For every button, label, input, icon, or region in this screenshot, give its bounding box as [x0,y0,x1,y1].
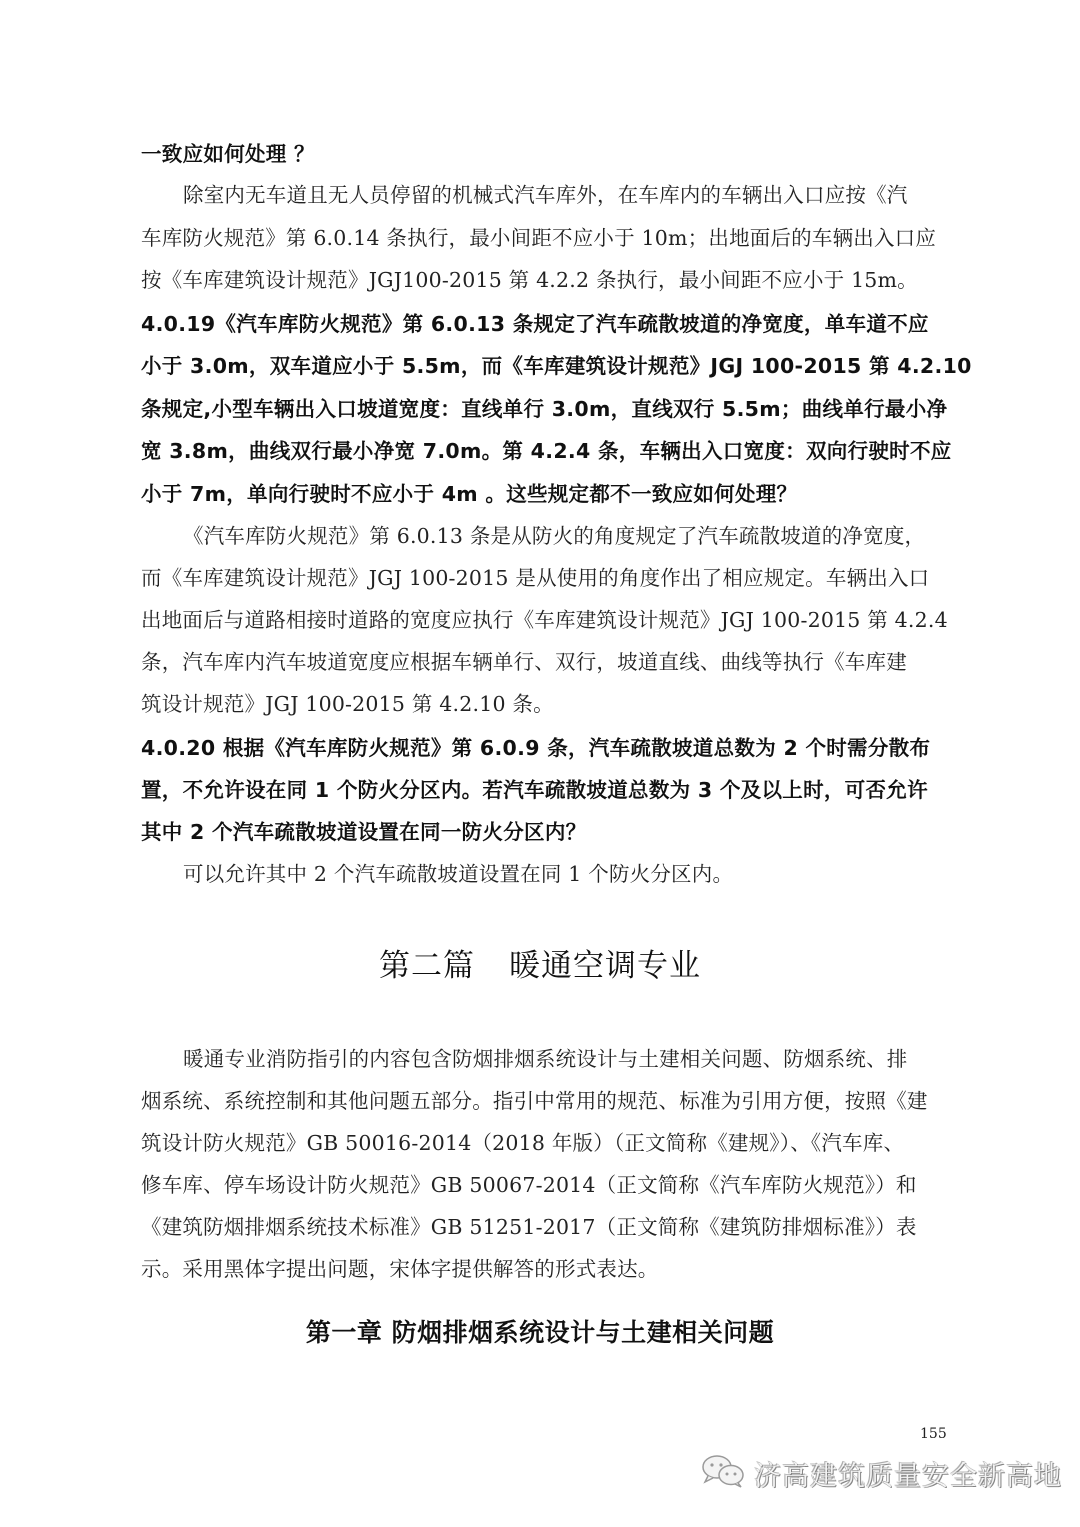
watermark-text: 济高建筑质量安全新高地 [754,1454,1062,1493]
intro-line: 筑设计防火规范》GB 50016-2014（2018 年版）（正文简称《建规》）… [141,1129,941,1157]
answer-line: 出地面后与道路相接时道路的宽度应执行《车库建筑设计规范》JGJ 100-2015… [141,606,941,634]
question-line: 小于 3.0m，双车道应小于 5.5m，而《车库建筑设计规范》JGJ 100-2… [141,352,941,380]
answer-line: 而《车库建筑设计规范》JGJ 100-2015 是从使用的角度作出了相应规定。车… [141,564,941,592]
question-line: 其中 2 个汽车疏散坡道设置在同一防火分区内？ [141,818,941,846]
part-heading: 第二篇暖通空调专业 [0,946,1080,986]
intro-line: 《建筑防烟排烟系统技术标准》GB 51251-2017（正文简称《建筑防排烟标准… [141,1213,941,1241]
intro-line: 烟系统、系统控制和其他问题五部分。指引中常用的规范、标准为引用方便，按照《建 [141,1087,941,1115]
question-line: 4.0.20 根据《汽车库防火规范》第 6.0.9 条，汽车疏散坡道总数为 2 … [141,734,941,762]
answer-line: 车库防火规范》第 6.0.14 条执行，最小间距不应小于 10m；出地面后的车辆… [141,224,941,252]
page-number: 155 [920,1426,947,1442]
part-number: 第二篇 [379,948,475,984]
question-line: 条规定,小型车辆出入口坡道宽度：直线单行 3.0m，直线双行 5.5m；曲线单行… [141,395,941,423]
wechat-icon [700,1453,746,1494]
intro-line: 修车库、停车场设计防火规范》GB 50067-2014（正文简称《汽车库防火规范… [141,1171,941,1199]
answer-line: 可以允许其中 2 个汽车疏散坡道设置在同 1 个防火分区内。 [183,860,983,888]
answer-line: 按《车库建筑设计规范》JGJ100-2015 第 4.2.2 条执行，最小间距不… [141,266,941,294]
intro-line: 暖通专业消防指引的内容包含防烟排烟系统设计与土建相关问题、防烟系统、排 [183,1045,983,1073]
chapter-heading: 第一章 防烟排烟系统设计与土建相关问题 [0,1316,1080,1350]
question-line: 置，不允许设在同 1 个防火分区内。若汽车疏散坡道总数为 3 个及以上时，可否允… [141,776,941,804]
answer-line: 除室内无车道且无人员停留的机械式汽车库外，在车库内的车辆出入口应按《汽 [183,181,983,209]
question-line: 4.0.19《汽车库防火规范》第 6.0.13 条规定了汽车疏散坡道的净宽度，单… [141,310,941,338]
intro-line: 示。采用黑体字提出问题，宋体字提供解答的形式表达。 [141,1255,941,1283]
watermark: 济高建筑质量安全新高地 [700,1453,1062,1493]
document-page: 一致应如何处理 ？ 除室内无车道且无人员停留的机械式汽车库外，在车库内的车辆出入… [0,0,1080,1527]
part-title: 暖通空调专业 [509,948,701,984]
question-line: 小于 7m，单向行驶时不应小于 4m 。这些规定都不一致应如何处理？ [141,480,941,508]
question-line: 一致应如何处理 ？ [141,140,941,168]
answer-line: 《汽车库防火规范》第 6.0.13 条是从防火的角度规定了汽车疏散坡道的净宽度， [183,522,983,550]
answer-line: 条，汽车库内汽车坡道宽度应根据车辆单行、双行，坡道直线、曲线等执行《车库建 [141,648,941,676]
question-line: 宽 3.8m，曲线双行最小净宽 7.0m。第 4.2.4 条，车辆出入口宽度：双… [141,437,941,465]
answer-line: 筑设计规范》JGJ 100-2015 第 4.2.10 条。 [141,690,941,718]
